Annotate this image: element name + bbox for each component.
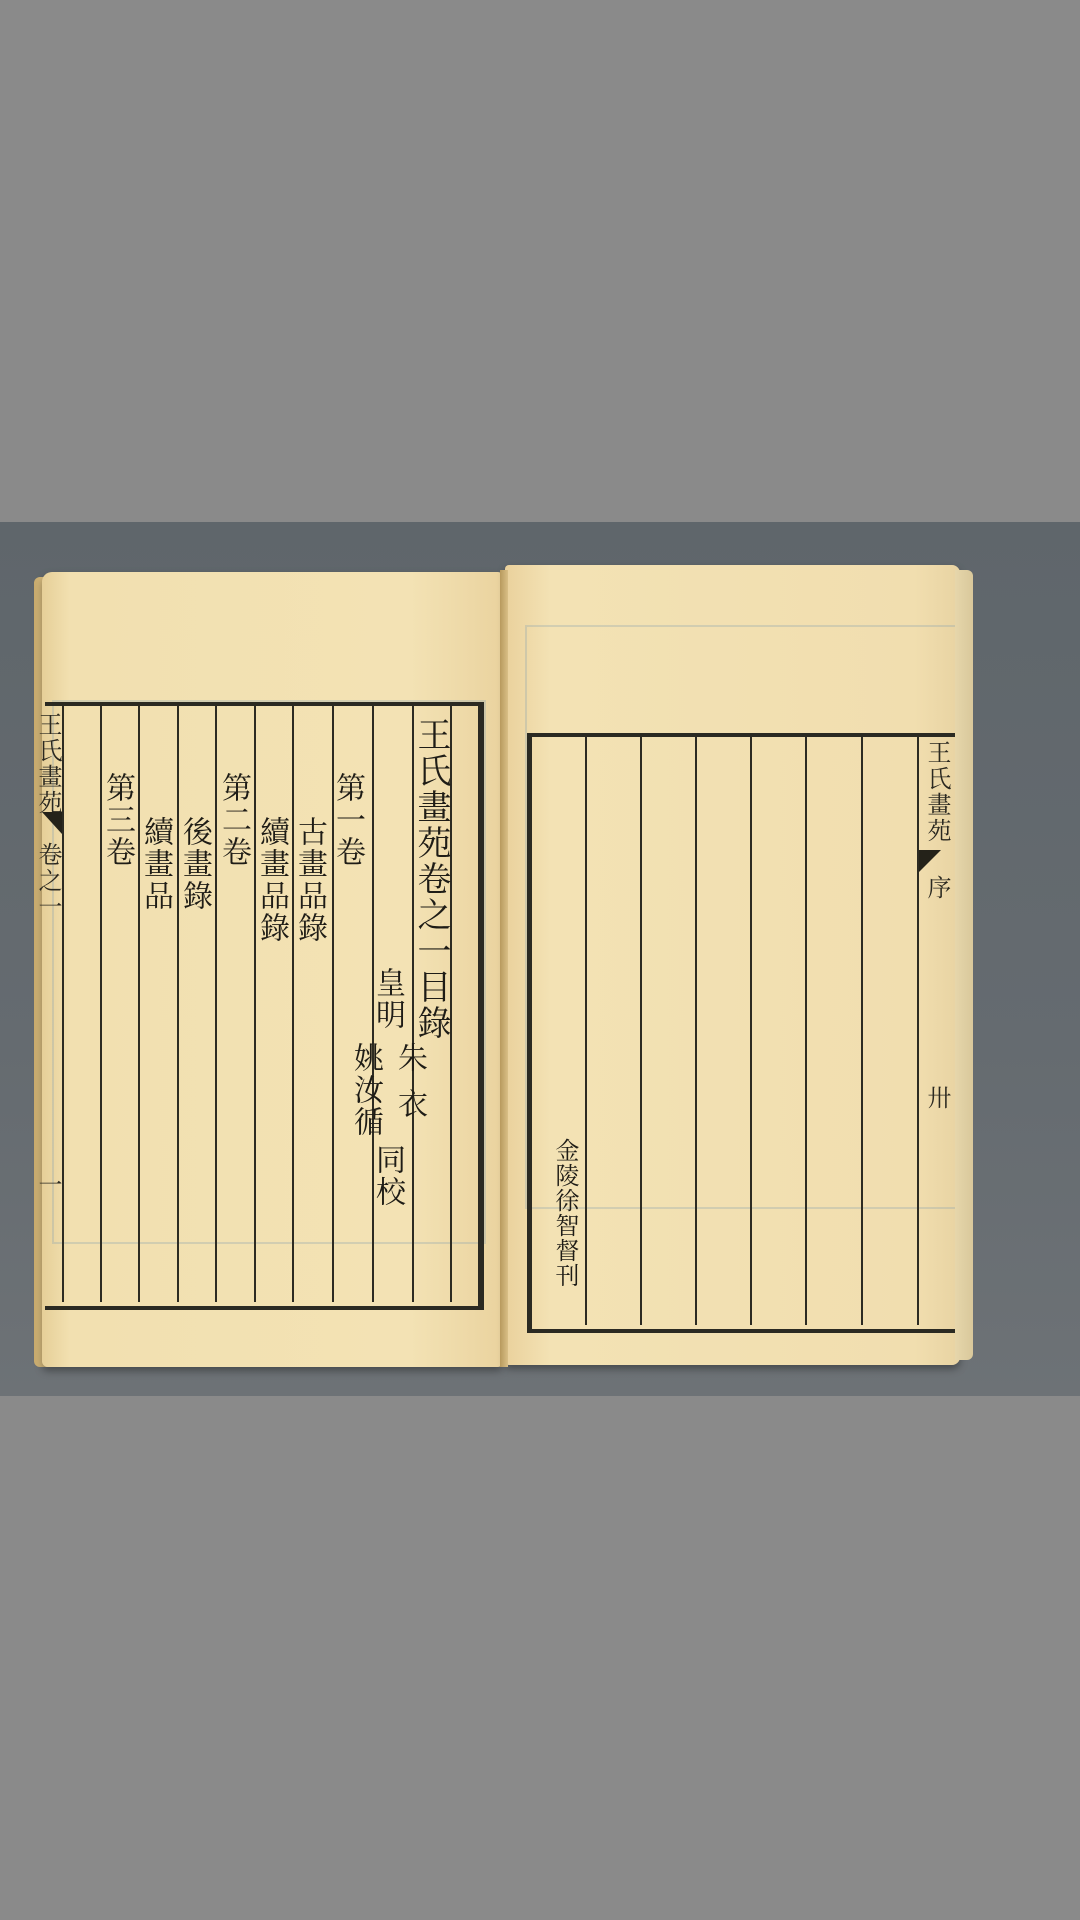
margin-title: 王氏畫苑 [36, 712, 60, 816]
print-frame [527, 733, 962, 1333]
editor-name-1: 朱衣 [394, 1042, 424, 1134]
toc-volume-2: 第二卷 [218, 772, 248, 868]
editor-name-2: 姚汝循 [350, 1042, 380, 1138]
toc-volume-3: 第三卷 [102, 772, 132, 868]
dynasty-label: 皇明 [372, 967, 402, 1031]
book-photo: 王氏畫苑 卷之一 一 王氏畫苑卷之一目錄 皇明 朱衣 姚汝循 同校 第一卷 古畫… [0, 522, 1080, 1396]
toc-entry: 古畫品錄 [294, 816, 324, 944]
book-fore-edge [955, 570, 973, 1360]
toc-title: 王氏畫苑卷之一目錄 [414, 717, 448, 1041]
margin-section: 序 [925, 875, 949, 901]
publisher-credit: 金陵徐智督刊 [553, 1138, 577, 1288]
toc-entry: 續畫品錄 [256, 816, 286, 944]
margin-page-number: 卅 [925, 1085, 949, 1111]
margin-title: 王氏畫苑 [925, 740, 949, 844]
toc-volume-1: 第一卷 [332, 772, 362, 868]
margin-volume: 卷之一 [36, 842, 60, 920]
book-gutter [500, 570, 508, 1367]
margin-page-number: 一 [36, 1172, 60, 1198]
editor-role: 同校 [372, 1144, 402, 1208]
right-page: 金陵徐智督刊 王氏畫苑 序 卅 [505, 565, 960, 1365]
toc-entry: 續畫品 [140, 816, 170, 912]
left-page: 王氏畫苑 卷之一 一 王氏畫苑卷之一目錄 皇明 朱衣 姚汝循 同校 第一卷 古畫… [42, 572, 502, 1367]
toc-entry: 後畫錄 [179, 816, 209, 912]
